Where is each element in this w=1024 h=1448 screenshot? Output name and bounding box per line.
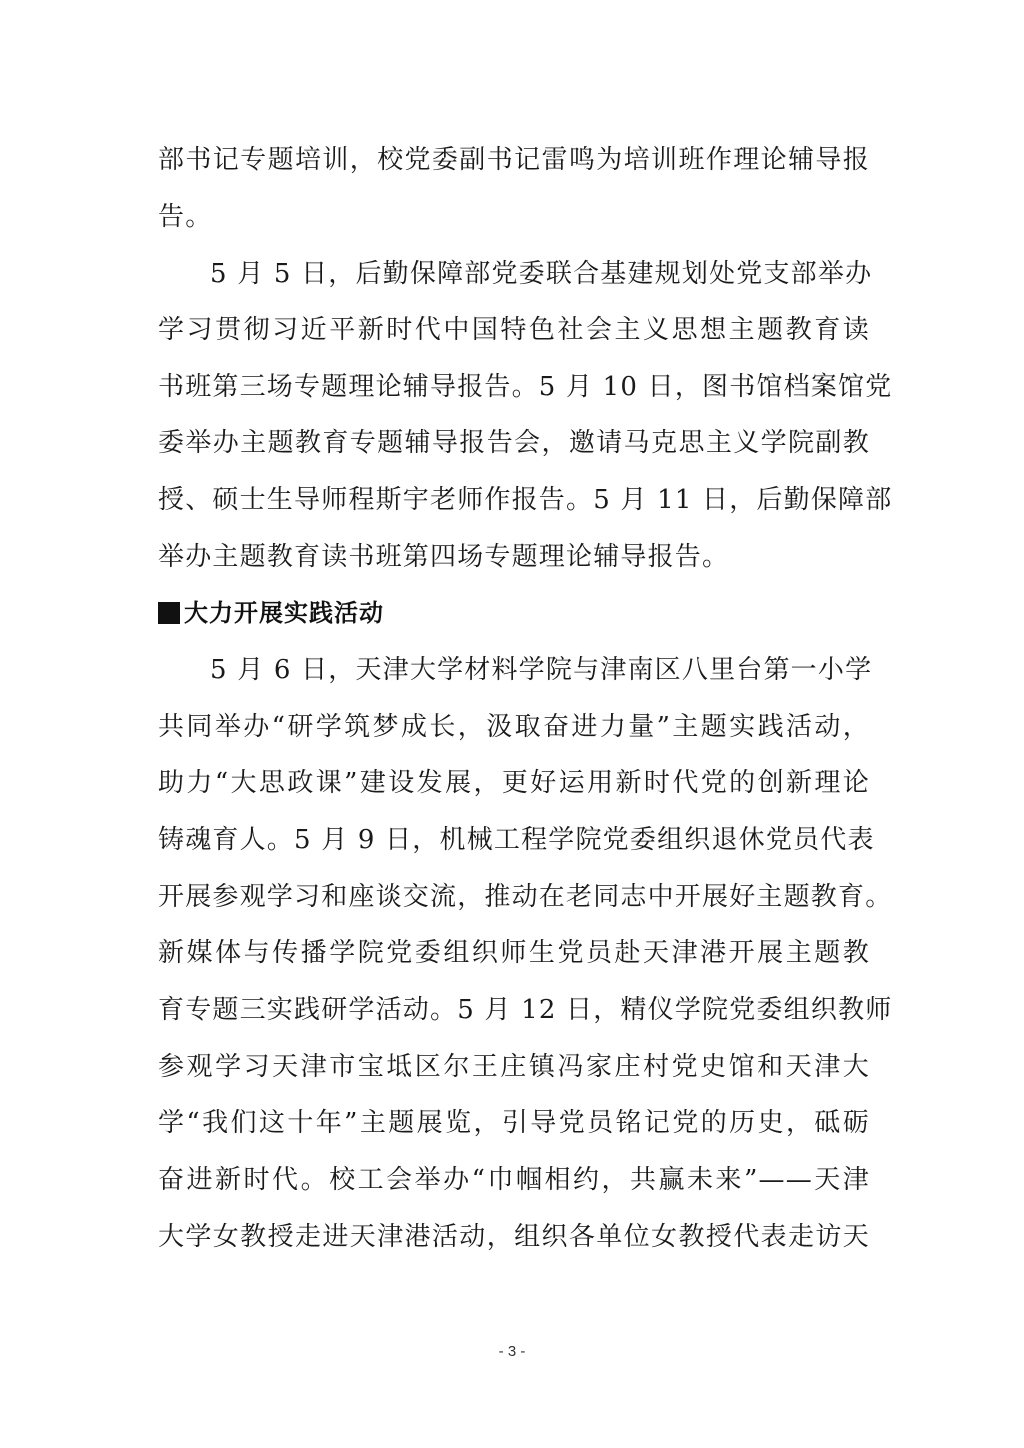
text-line: 部书记专题培训，校党委副书记雷鸣为培训班作理论辅导报 [158, 142, 870, 178]
text-line: 开展参观学习和座谈交流，推动在老同志中开展好主题教育。 [158, 879, 870, 915]
text-line: 授、硕士生导师程斯宇老师作报告。5 月 11 日，后勤保障部 [158, 482, 870, 518]
text-line: 举办主题教育读书班第四场专题理论辅导报告。 [158, 539, 870, 575]
text-line: 铸魂育人。5 月 9 日，机械工程学院党委组织退休党员代表 [158, 822, 870, 858]
text-line: 新媒体与传播学院党委组织师生党员赴天津港开展主题教 [158, 935, 870, 971]
text-line: 参观学习天津市宝坻区尔王庄镇冯家庄村党史馆和天津大 [158, 1049, 870, 1085]
text-line: 委举办主题教育专题辅导报告会，邀请马克思主义学院副教 [158, 425, 870, 461]
text-line: 大学女教授走进天津港活动，组织各单位女教授代表走访天 [158, 1219, 870, 1255]
black-square-icon [158, 602, 180, 624]
text-line: 育专题三实践研学活动。5 月 12 日，精仪学院党委组织教师 [158, 992, 870, 1028]
text-line: 助力“大思政课”建设发展，更好运用新时代党的创新理论 [158, 765, 870, 801]
text-line: 书班第三场专题理论辅导报告。5 月 10 日，图书馆档案馆党 [158, 369, 870, 405]
text-line: 学“我们这十年”主题展览，引导党员铭记党的历史，砥砺 [158, 1105, 870, 1141]
text-line: 5 月 6 日，天津大学材料学院与津南区八里台第一小学 [210, 652, 870, 688]
section-heading: 大力开展实践活动 [158, 595, 384, 631]
text-line: 学习贯彻习近平新时代中国特色社会主义思想主题教育读 [158, 312, 870, 348]
section-heading-text: 大力开展实践活动 [184, 595, 384, 631]
text-line: 告。 [158, 199, 870, 235]
document-page: 部书记专题培训，校党委副书记雷鸣为培训班作理论辅导报告。5 月 5 日，后勤保障… [0, 0, 1024, 1448]
text-line: 奋进新时代。校工会举办“巾帼相约，共赢未来”——天津 [158, 1162, 870, 1198]
text-line: 5 月 5 日，后勤保障部党委联合基建规划处党支部举办 [210, 256, 870, 292]
page-number: - 3 - [0, 1343, 1024, 1360]
text-line: 共同举办“研学筑梦成长，汲取奋进力量”主题实践活动， [158, 709, 870, 745]
